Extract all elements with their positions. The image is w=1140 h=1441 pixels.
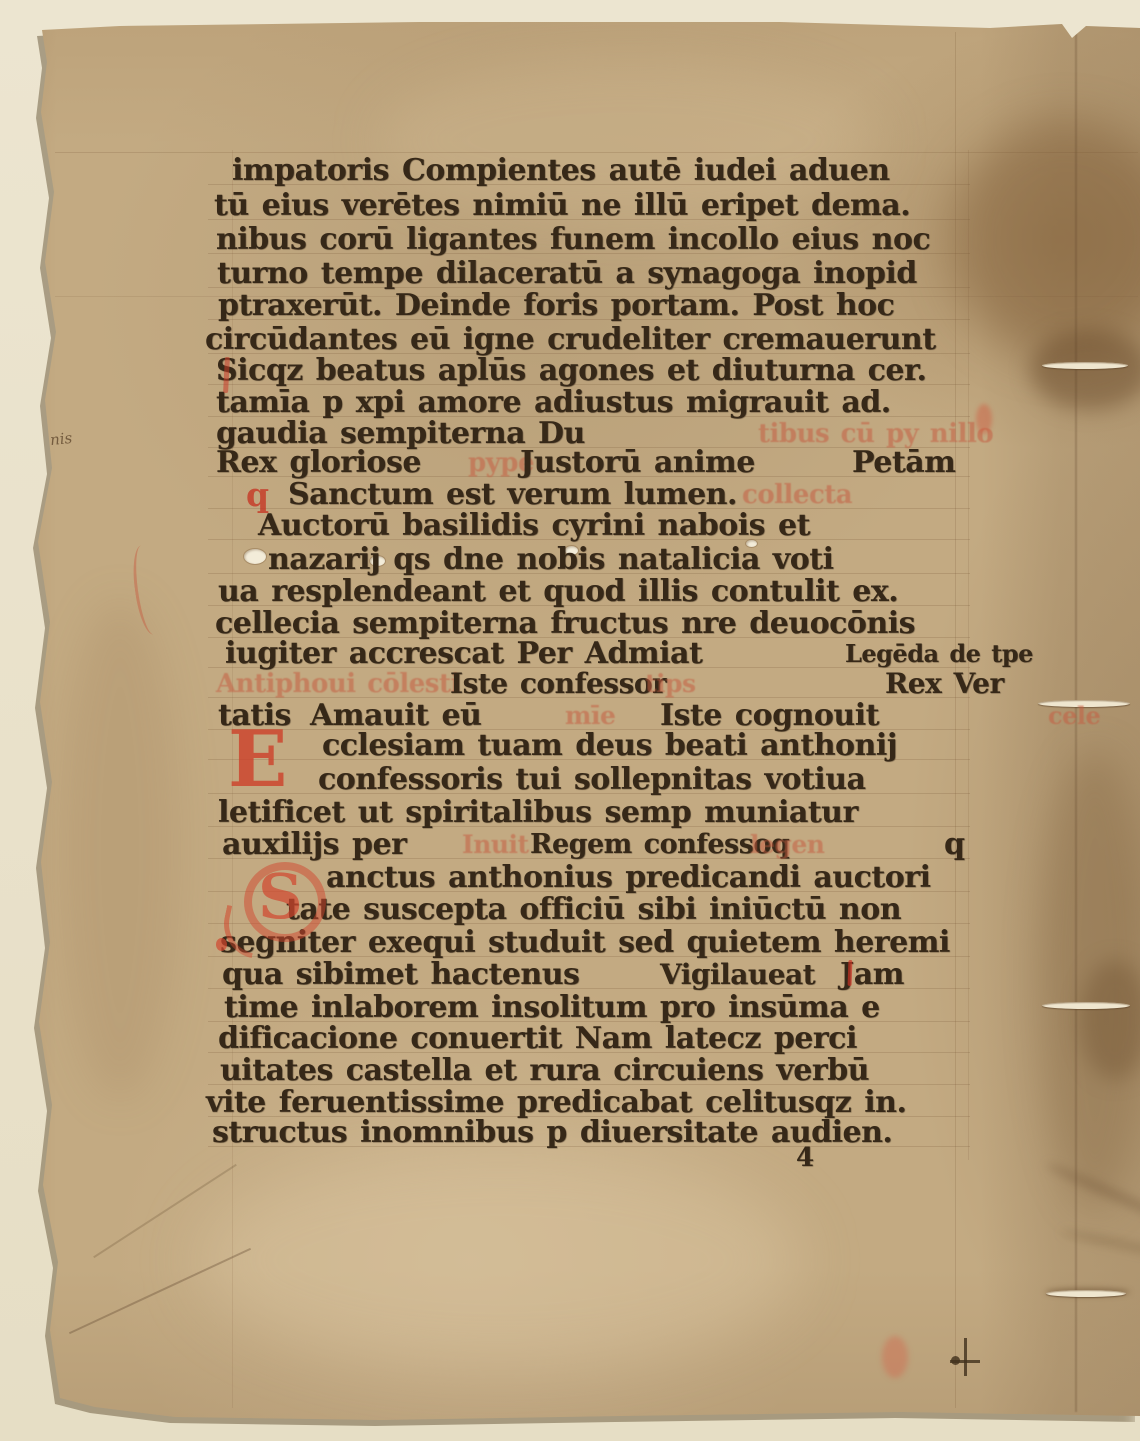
text-line: 4 bbox=[0, 1142, 1140, 1176]
text-line: Antiphoui cōlestiIste confessortipsRex V… bbox=[0, 668, 1140, 702]
text-segment: Iste confessor bbox=[450, 668, 666, 700]
text-line: turno tempe dilaceratū a synagoga inopid bbox=[0, 258, 1140, 292]
text-segment: Sicqz beatus aplūs agones et diuturna ce… bbox=[216, 355, 927, 387]
margin-note: nis bbox=[49, 429, 73, 449]
cross-mark-vertical bbox=[964, 1338, 967, 1376]
text-line: qua sibimet hactenusVigilaueatJam bbox=[0, 959, 1140, 993]
text-segment: tate suscepta officiū sibi iniūctū non bbox=[286, 894, 901, 926]
text-segment: confessoris tui sollepnitas votiua bbox=[318, 764, 865, 796]
text-segment: tips bbox=[645, 668, 696, 700]
text-segment: anctus anthonius predicandi auctori bbox=[326, 862, 930, 894]
text-segment: Inuit bbox=[462, 829, 529, 861]
text-line: nazarij qs dne nobis natalicia voti bbox=[0, 544, 1140, 578]
text-segment: nibus corū ligantes funem incollo eius n… bbox=[216, 224, 930, 256]
text-line: segniter exequi studuit sed quietem here… bbox=[0, 927, 1140, 961]
text-line: anctus anthonius predicandi auctori bbox=[0, 862, 1140, 896]
text-line: dificacione conuertit Nam latecz perci bbox=[0, 1023, 1140, 1057]
manuscript-leaf: impatoris Compientes autē iudei aduentū … bbox=[0, 0, 1140, 1441]
text-segment: collecta bbox=[742, 479, 852, 511]
text-segment: impatoris Compientes autē iudei aduen bbox=[232, 155, 890, 187]
text-segment: legen bbox=[750, 829, 824, 861]
cross-mark-blob bbox=[951, 1356, 960, 1365]
text-line: impatoris Compientes autē iudei aduen bbox=[0, 155, 1140, 189]
text-segment: qua sibimet hactenus bbox=[222, 959, 579, 991]
text-segment: letificet ut spiritalibus semp muniatur bbox=[218, 797, 858, 829]
text-segment: q bbox=[246, 479, 269, 511]
text-segment: Auctorū basilidis cyrini nabois et bbox=[258, 510, 810, 542]
text-segment: Petām bbox=[852, 447, 955, 479]
text-segment: ptraxerūt. Deinde foris portam. Post hoc bbox=[218, 290, 894, 322]
text-segment: time inlaborem insolitum pro insūma e bbox=[224, 992, 880, 1024]
text-segment: 4 bbox=[796, 1142, 814, 1174]
text-segment: turno tempe dilaceratū a synagoga inopid bbox=[217, 258, 917, 290]
text-segment: nazarij qs dne nobis natalicia voti bbox=[268, 544, 833, 576]
photo-backdrop: impatoris Compientes autē iudei aduentū … bbox=[0, 0, 1140, 1441]
text-segment: auxilijs per bbox=[222, 829, 406, 861]
text-segment: cclesiam tuam deus beati anthonij bbox=[322, 730, 897, 762]
text-segment: Legēda de tpe bbox=[845, 638, 1033, 670]
text-line: uitates castella et rura circuiens verbū bbox=[0, 1055, 1140, 1089]
text-segment: Antiphoui cōlesti bbox=[216, 668, 460, 700]
initial-e-rubric: E bbox=[228, 714, 287, 805]
text-line: tū eius verētes nimiū ne illū eripet dem… bbox=[0, 190, 1140, 224]
text-segment: Rex Ver bbox=[885, 668, 1004, 700]
text-segment: cele bbox=[1048, 700, 1100, 732]
text-segment: Sanctum est verum lumen. bbox=[288, 479, 737, 511]
initial-s-tail-dot bbox=[216, 938, 227, 951]
text-line: Sicqz beatus aplūs agones et diuturna ce… bbox=[0, 355, 1140, 389]
text-segment: tamīa p xpi amore adiustus migrauit ad. bbox=[216, 387, 891, 419]
text-line: ua resplendeant et quod illis contulit e… bbox=[0, 576, 1140, 610]
text-block: impatoris Compientes autē iudei aduentū … bbox=[0, 0, 1140, 1441]
text-line: cclesiam tuam deus beati anthonij bbox=[0, 730, 1140, 764]
text-line: auxilijs perInuitRegem confessoqlegenq bbox=[0, 829, 1140, 863]
text-segment: tū eius verētes nimiū ne illū eripet dem… bbox=[214, 190, 910, 222]
text-line: tate suscepta officiū sibi iniūctū non bbox=[0, 894, 1140, 928]
text-segment: q bbox=[944, 829, 964, 861]
text-segment: iugiter accrescat Per Admiat bbox=[225, 638, 702, 670]
text-segment: Vigilaueat bbox=[660, 959, 815, 991]
text-line: ptraxerūt. Deinde foris portam. Post hoc bbox=[0, 290, 1140, 324]
text-segment: ua resplendeant et quod illis contulit e… bbox=[218, 576, 898, 608]
text-segment: dificacione conuertit Nam latecz perci bbox=[218, 1023, 857, 1055]
text-segment: segniter exequi studuit sed quietem here… bbox=[220, 927, 950, 959]
text-line: confessoris tui sollepnitas votiua bbox=[0, 764, 1140, 798]
text-segment: Justorū anime bbox=[520, 447, 755, 479]
text-segment: circūdantes eū igne crudeliter cremaueru… bbox=[205, 324, 936, 356]
text-line: letificet ut spiritalibus semp muniatur bbox=[0, 797, 1140, 831]
text-line: nibus corū ligantes funem incollo eius n… bbox=[0, 224, 1140, 258]
text-line: Auctorū basilidis cyrini nabois et bbox=[0, 510, 1140, 544]
text-segment: uitates castella et rura circuiens verbū bbox=[220, 1055, 869, 1087]
text-line: Rex gloriosepypeJustorū animePetām bbox=[0, 447, 1140, 481]
